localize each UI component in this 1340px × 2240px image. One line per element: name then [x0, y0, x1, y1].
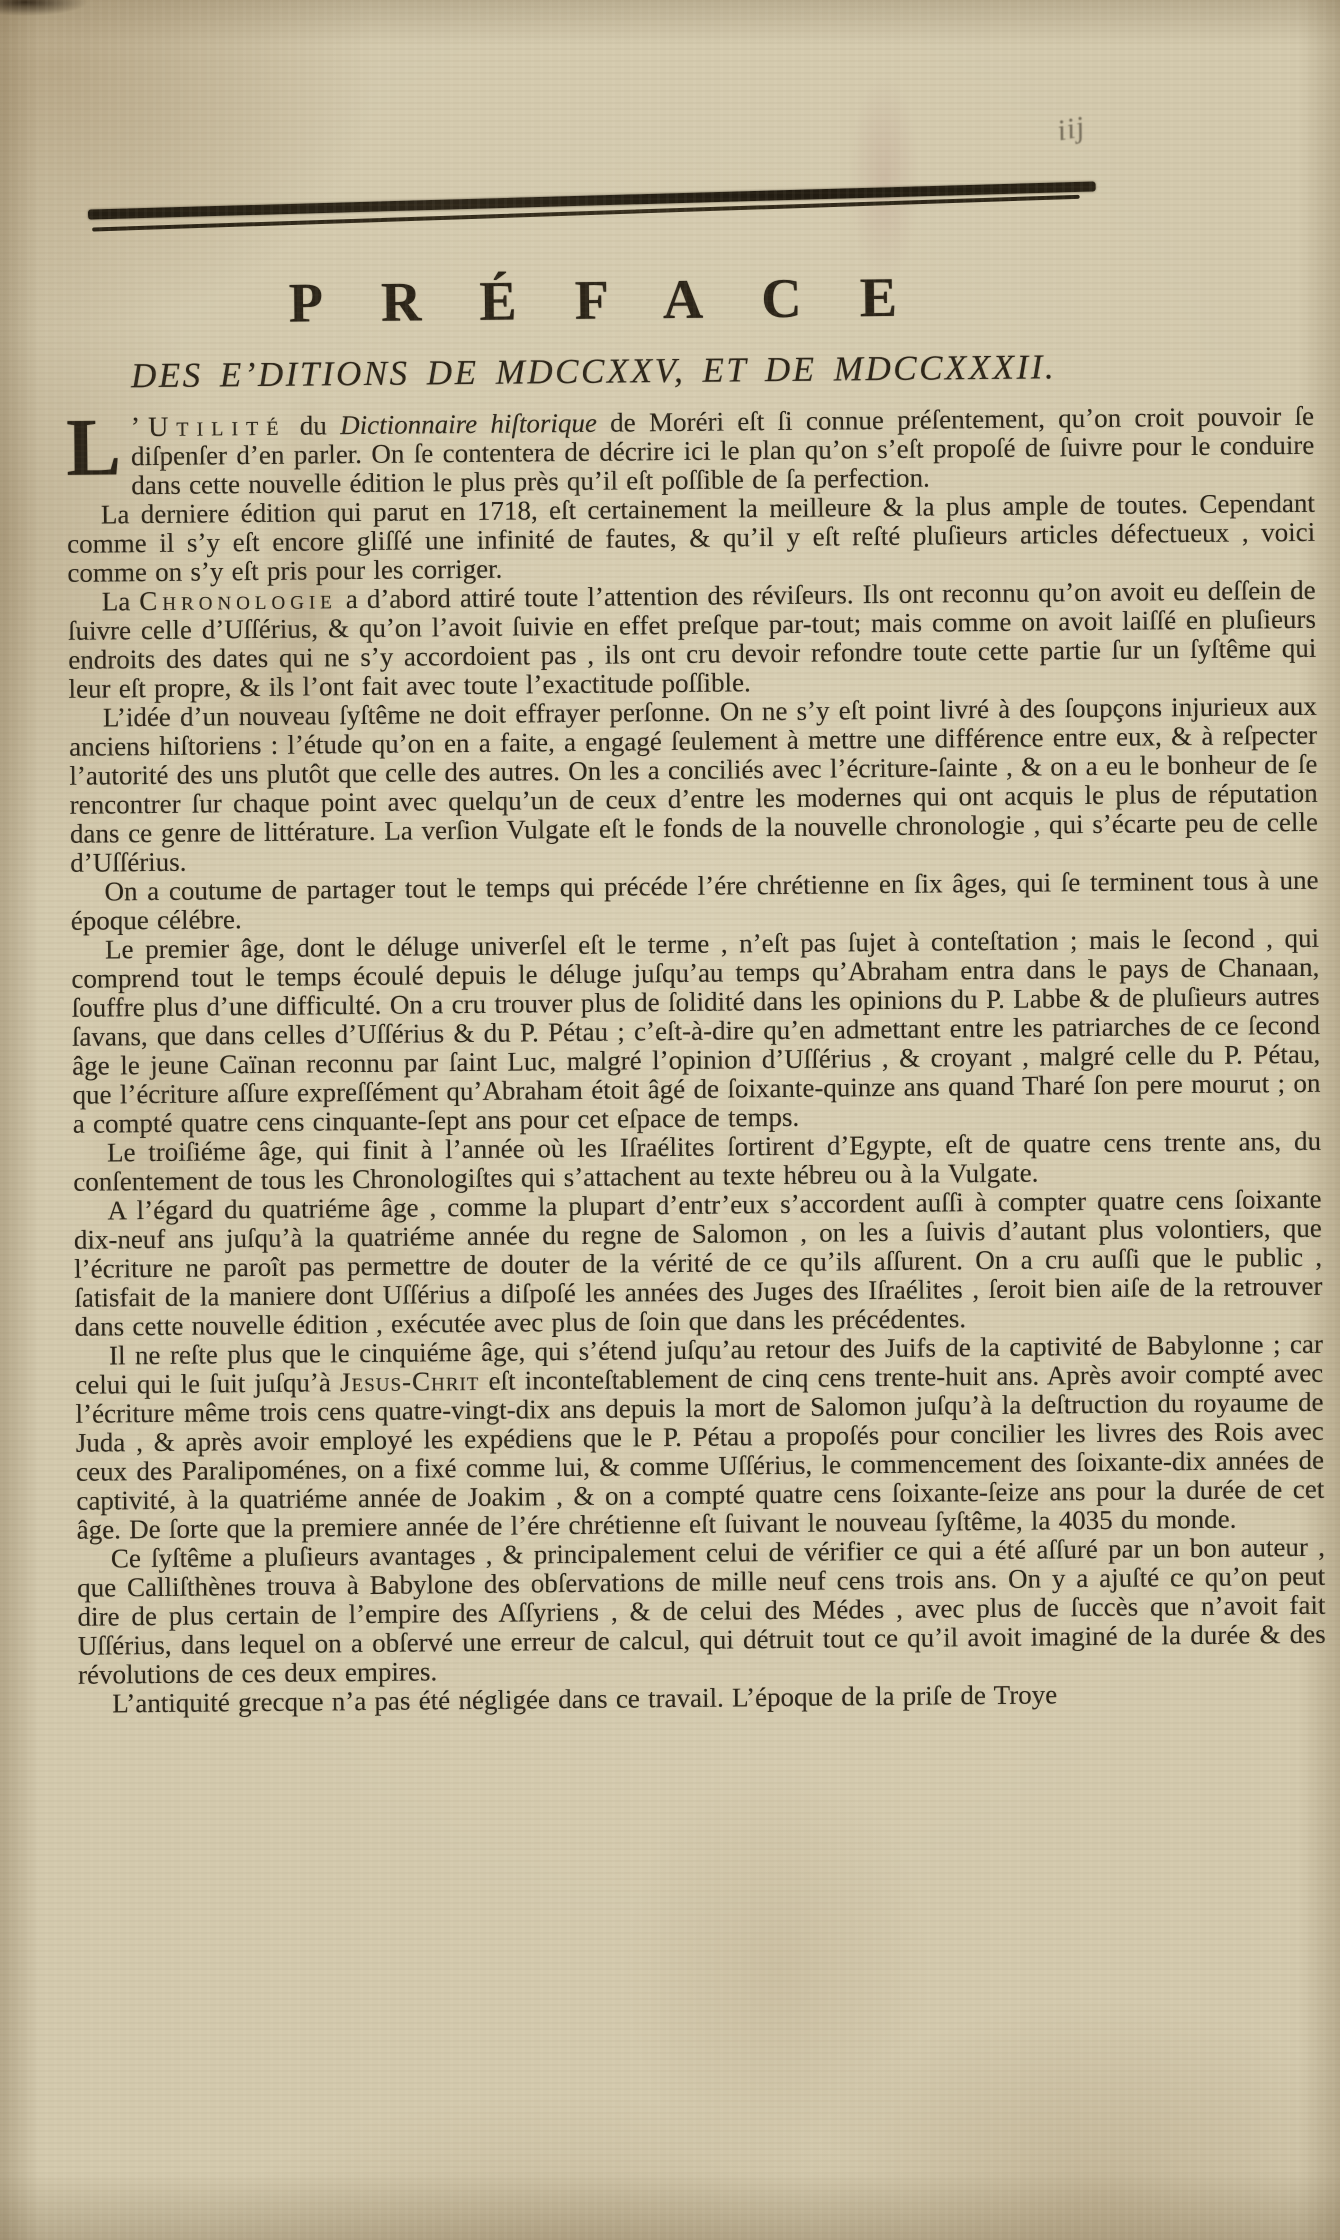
text-run: Ce ſyſtême a pluſieurs avantages , & pri…: [77, 1532, 1326, 1690]
scanned-page: iij PRÉFACE DES E’DITIONS DE MDCCXXV, ET…: [0, 0, 1340, 2240]
paragraph: Il ne reſte plus que le cinquiéme âge, q…: [75, 1330, 1325, 1545]
text-run: Le premier âge, dont le déluge univerſel…: [71, 923, 1320, 1139]
paragraph: L’idée d’un nouveau ſyſtême ne doit effr…: [69, 692, 1319, 878]
page-title: PRÉFACE: [89, 263, 1098, 337]
italic-text: Dictionnaire hiſtorique: [340, 408, 597, 440]
paragraph: La derniere édition qui parut en 1718, e…: [67, 489, 1316, 588]
text-run: A l’égard du quatriéme âge , comme la pl…: [74, 1184, 1323, 1342]
text-run: La: [102, 586, 140, 616]
paragraph: Ce ſyſtême a pluſieurs avantages , & pri…: [77, 1533, 1326, 1690]
lead-caps-text: ’Utilité: [131, 411, 287, 443]
drop-cap: L: [66, 413, 131, 478]
header-rule: [88, 194, 1096, 244]
small-caps-text: Jesus-Chrit: [340, 1366, 480, 1397]
paragraph: A l’égard du quatriéme âge , comme la pl…: [73, 1185, 1322, 1342]
paragraph: Le premier âge, dont le déluge univerſel…: [71, 924, 1321, 1139]
paragraph: L’Utilité du Dictionnaire hiſtorique de …: [66, 402, 1315, 501]
signature-mark: iij: [1054, 110, 1088, 149]
paragraph: La Chronologie a d’abord attiré toute l’…: [68, 576, 1317, 704]
text-run: L’idée d’un nouveau ſyſtême ne doit effr…: [69, 691, 1318, 878]
text-run: La derniere édition qui parut en 1718, e…: [67, 488, 1315, 588]
small-caps-text: Chronologie: [139, 584, 337, 616]
text-run: du: [286, 410, 340, 441]
page-subtitle: DES E’DITIONS DE MDCCXXV, ET DE MDCCXXXI…: [43, 347, 1143, 398]
page-content: iij PRÉFACE DES E’DITIONS DE MDCCXXV, ET…: [0, 0, 1340, 2240]
body-text: L’Utilité du Dictionnaire hiſtorique de …: [66, 402, 1326, 1719]
